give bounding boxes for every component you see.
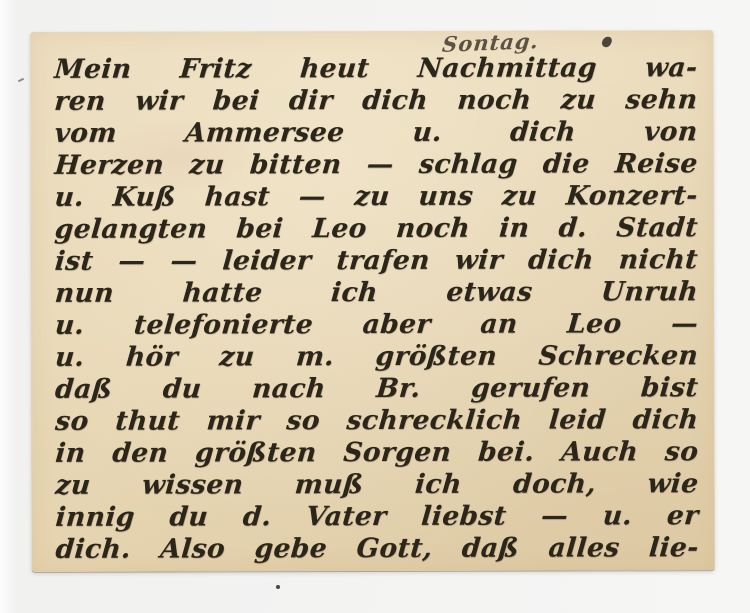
letter-line: innig du d. Vater liebst — u. er: [54, 500, 700, 534]
letter-line: Mein Fritz heut Nachmittag wa-: [53, 52, 699, 86]
letter-line: so thut mir so schrecklich leid dich: [54, 404, 700, 438]
letter-line: u. Kuß hast — zu uns zu Konzert-: [53, 180, 699, 214]
dust-speck: [276, 585, 280, 589]
letter-line: in den größten Sorgen bei. Auch so: [54, 436, 700, 470]
ink-splotch: [601, 35, 613, 49]
letter-body: Mein Fritz heut Nachmittag wa- ren wir b…: [54, 52, 698, 566]
letter-line: Herzen zu bitten — schlag die Reise: [53, 148, 699, 182]
letter-line: nun hatte ich etwas Unruh: [54, 276, 700, 310]
letter-line: gelangten bei Leo noch in d. Stadt: [53, 212, 699, 246]
letter-line: ist — — leider trafen wir dich nicht: [54, 244, 700, 278]
letter-line: u. telefonierte aber an Leo —: [54, 308, 700, 342]
letter-line: dich. Also gebe Gott, daß alles lie-: [54, 532, 700, 566]
letter-line: zu wissen muß ich doch, wie: [54, 468, 700, 502]
letter-line: vom Ammersee u. dich von: [53, 116, 699, 150]
postcard: Sontag. Mein Fritz heut Nachmittag wa- r…: [30, 30, 714, 572]
letter-line: u. hör zu m. größten Schrecken: [54, 340, 700, 374]
edge-mark: [18, 78, 24, 83]
letter-line: ren wir bei dir dich noch zu sehn: [53, 84, 699, 118]
photo-background: Sontag. Mein Fritz heut Nachmittag wa- r…: [0, 0, 750, 613]
letter-line: daß du nach Br. gerufen bist: [54, 372, 700, 406]
